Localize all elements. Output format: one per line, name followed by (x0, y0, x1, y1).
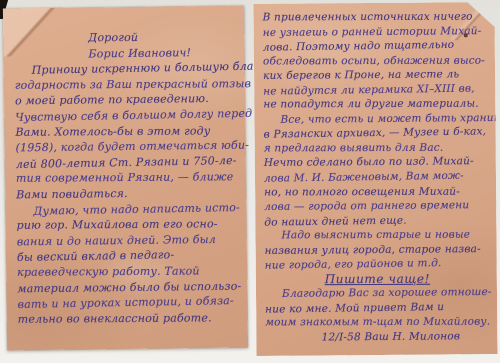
handwriting-line: я предлагаю выявить для Вас. (264, 141, 489, 156)
handwriting-line: моим знакомым т-щам по Михайлову. (265, 315, 490, 330)
handwriting-left-page: ДорогойБорис Иванович!Приношу искреннюю … (14, 29, 243, 328)
handwriting-line: но, но полного освещения Михай- (264, 184, 489, 199)
handwriting-line: Дорогой (14, 29, 239, 46)
handwriting-line: лова М. И. Баженовым, Вам мож- (264, 168, 489, 186)
handwriting-line: не попадутся ли другие материалы. (263, 97, 488, 112)
handwriting-line: Вами. Хотелось-бы в этом году (15, 123, 240, 140)
handwriting-line: Надо выяснить старые и новые (264, 228, 489, 243)
handwriting-line: рию гор. Михайлова от его осно- (17, 216, 242, 233)
handwriting-line: тия современной Рязани, — ближе (16, 170, 241, 187)
letter-page-left: ДорогойБорис Иванович!Приношу искреннюю … (3, 6, 248, 351)
letter-page-right: В привлеченных источниках ничегоне узнае… (253, 2, 497, 356)
handwriting-line: обследовать осыпи, обнажения высо- (263, 53, 488, 68)
handwriting-line: лова. Поэтому надо тщательно (263, 37, 488, 55)
handwriting-line: краеведческую работу. Такой (17, 263, 242, 280)
handwriting-line: годарность за Ваш прекрасный отзыв (15, 76, 240, 93)
handwriting-line: тельно во внеклассной работе. (18, 310, 243, 327)
handwriting-line: В привлеченных источниках ничего (263, 10, 488, 25)
handwriting-line: Пишите чаще! (265, 271, 490, 286)
scanned-letter: ДорогойБорис Иванович!Приношу искреннюю … (0, 0, 500, 363)
handwriting-line: 12/I-58 Ваш Н. Милонов (265, 329, 490, 346)
handwriting-right-page: В привлеченных источниках ничегоне узнае… (263, 9, 491, 346)
